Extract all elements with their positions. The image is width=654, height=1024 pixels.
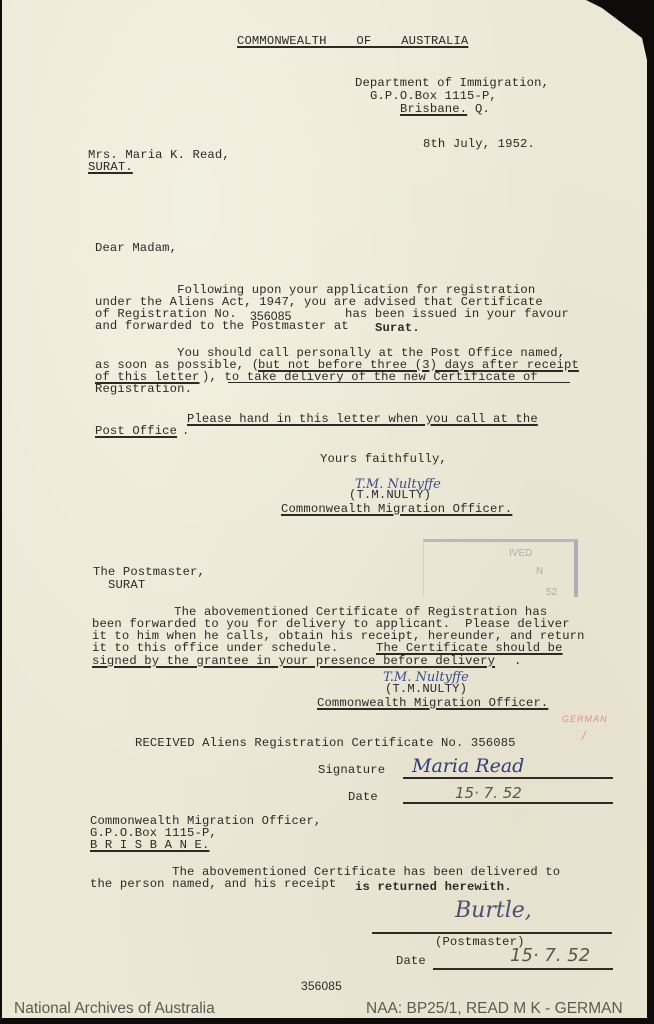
closing: Yours faithfully,: [320, 453, 447, 465]
postmaster-signature: Burtle,: [455, 898, 532, 923]
paragraph3-line1: Please hand in this letter when you call…: [187, 413, 538, 425]
receipt-date-line: [403, 802, 613, 804]
signature-line: [403, 777, 613, 779]
paragraph1-line4: and forwarded to the Postmaster at: [95, 320, 356, 332]
paragraph1-line3-end: has been issued in your favour: [345, 308, 569, 320]
return-body-line2-plain: the person named, and his receipt: [90, 878, 344, 890]
return-address-line3: B R I S B A N E.: [90, 839, 209, 851]
receipt-line: RECEIVED Aliens Registration Certificate…: [135, 737, 516, 749]
recipient-town: SURAT.: [88, 161, 133, 173]
paragraph2-strike-line: [228, 382, 570, 383]
letter-date: 8th July, 1952.: [423, 138, 535, 150]
paragraph3-period: .: [182, 425, 189, 437]
postmaster-addressee: The Postmaster,: [93, 566, 205, 578]
signature-label: Signature: [318, 764, 385, 776]
nationality-annotation: GERMAN: [562, 714, 608, 724]
postmaster-town-typed: Surat.: [375, 322, 420, 334]
sender-city: Brisbane.: [400, 103, 467, 115]
postmaster-signature-line: [372, 932, 612, 934]
letter-heading: COMMONWEALTH OF AUSTRALIA: [237, 35, 468, 47]
sender-department: Department of Immigration,: [355, 77, 549, 89]
return-body-line2-bold: is returned herewith.: [355, 881, 512, 893]
sender-po-box: G.P.O.Box 1115-P,: [370, 90, 497, 102]
postmaster-body-period: .: [514, 655, 521, 667]
recipient-signature: Maria Read: [412, 755, 524, 777]
receipt-date-value: 15· 7. 52: [455, 784, 522, 802]
signatory-typed: (T.M.NULTY): [349, 489, 431, 501]
received-stamp: IVED N 52: [423, 539, 578, 597]
postmaster-town: SURAT: [108, 579, 145, 591]
return-date-value: 15· 7. 52: [510, 945, 590, 966]
paragraph2-line4: Registration.: [95, 383, 192, 395]
receipt-date-label: Date: [348, 791, 378, 803]
file-number: 356085: [301, 980, 342, 992]
return-date-label: Date: [396, 955, 426, 967]
signatory-title: Commonwealth Migration Officer.: [281, 503, 512, 515]
return-date-line: [433, 968, 613, 970]
annotation-tick: /: [582, 729, 586, 743]
sender-state: Q.: [475, 103, 490, 115]
footer-archive-name: National Archives of Australia: [14, 1000, 215, 1018]
postmaster-section-signatory-typed: (T.M.NULTY): [385, 683, 467, 695]
footer-reference: NAA: BP25/1, READ M K - GERMAN: [366, 1000, 623, 1018]
postmaster-body-line4: it to this office under schedule.: [92, 642, 353, 654]
postmaster-section-signatory-title: Commonwealth Migration Officer.: [317, 697, 548, 709]
postmaster-body-underlined1: The Certificate should be: [376, 642, 563, 654]
postmaster-body-underlined2: signed by the grantee in your presence b…: [92, 655, 495, 667]
paragraph3-line2: Post Office: [95, 425, 177, 437]
salutation: Dear Madam,: [95, 242, 177, 254]
